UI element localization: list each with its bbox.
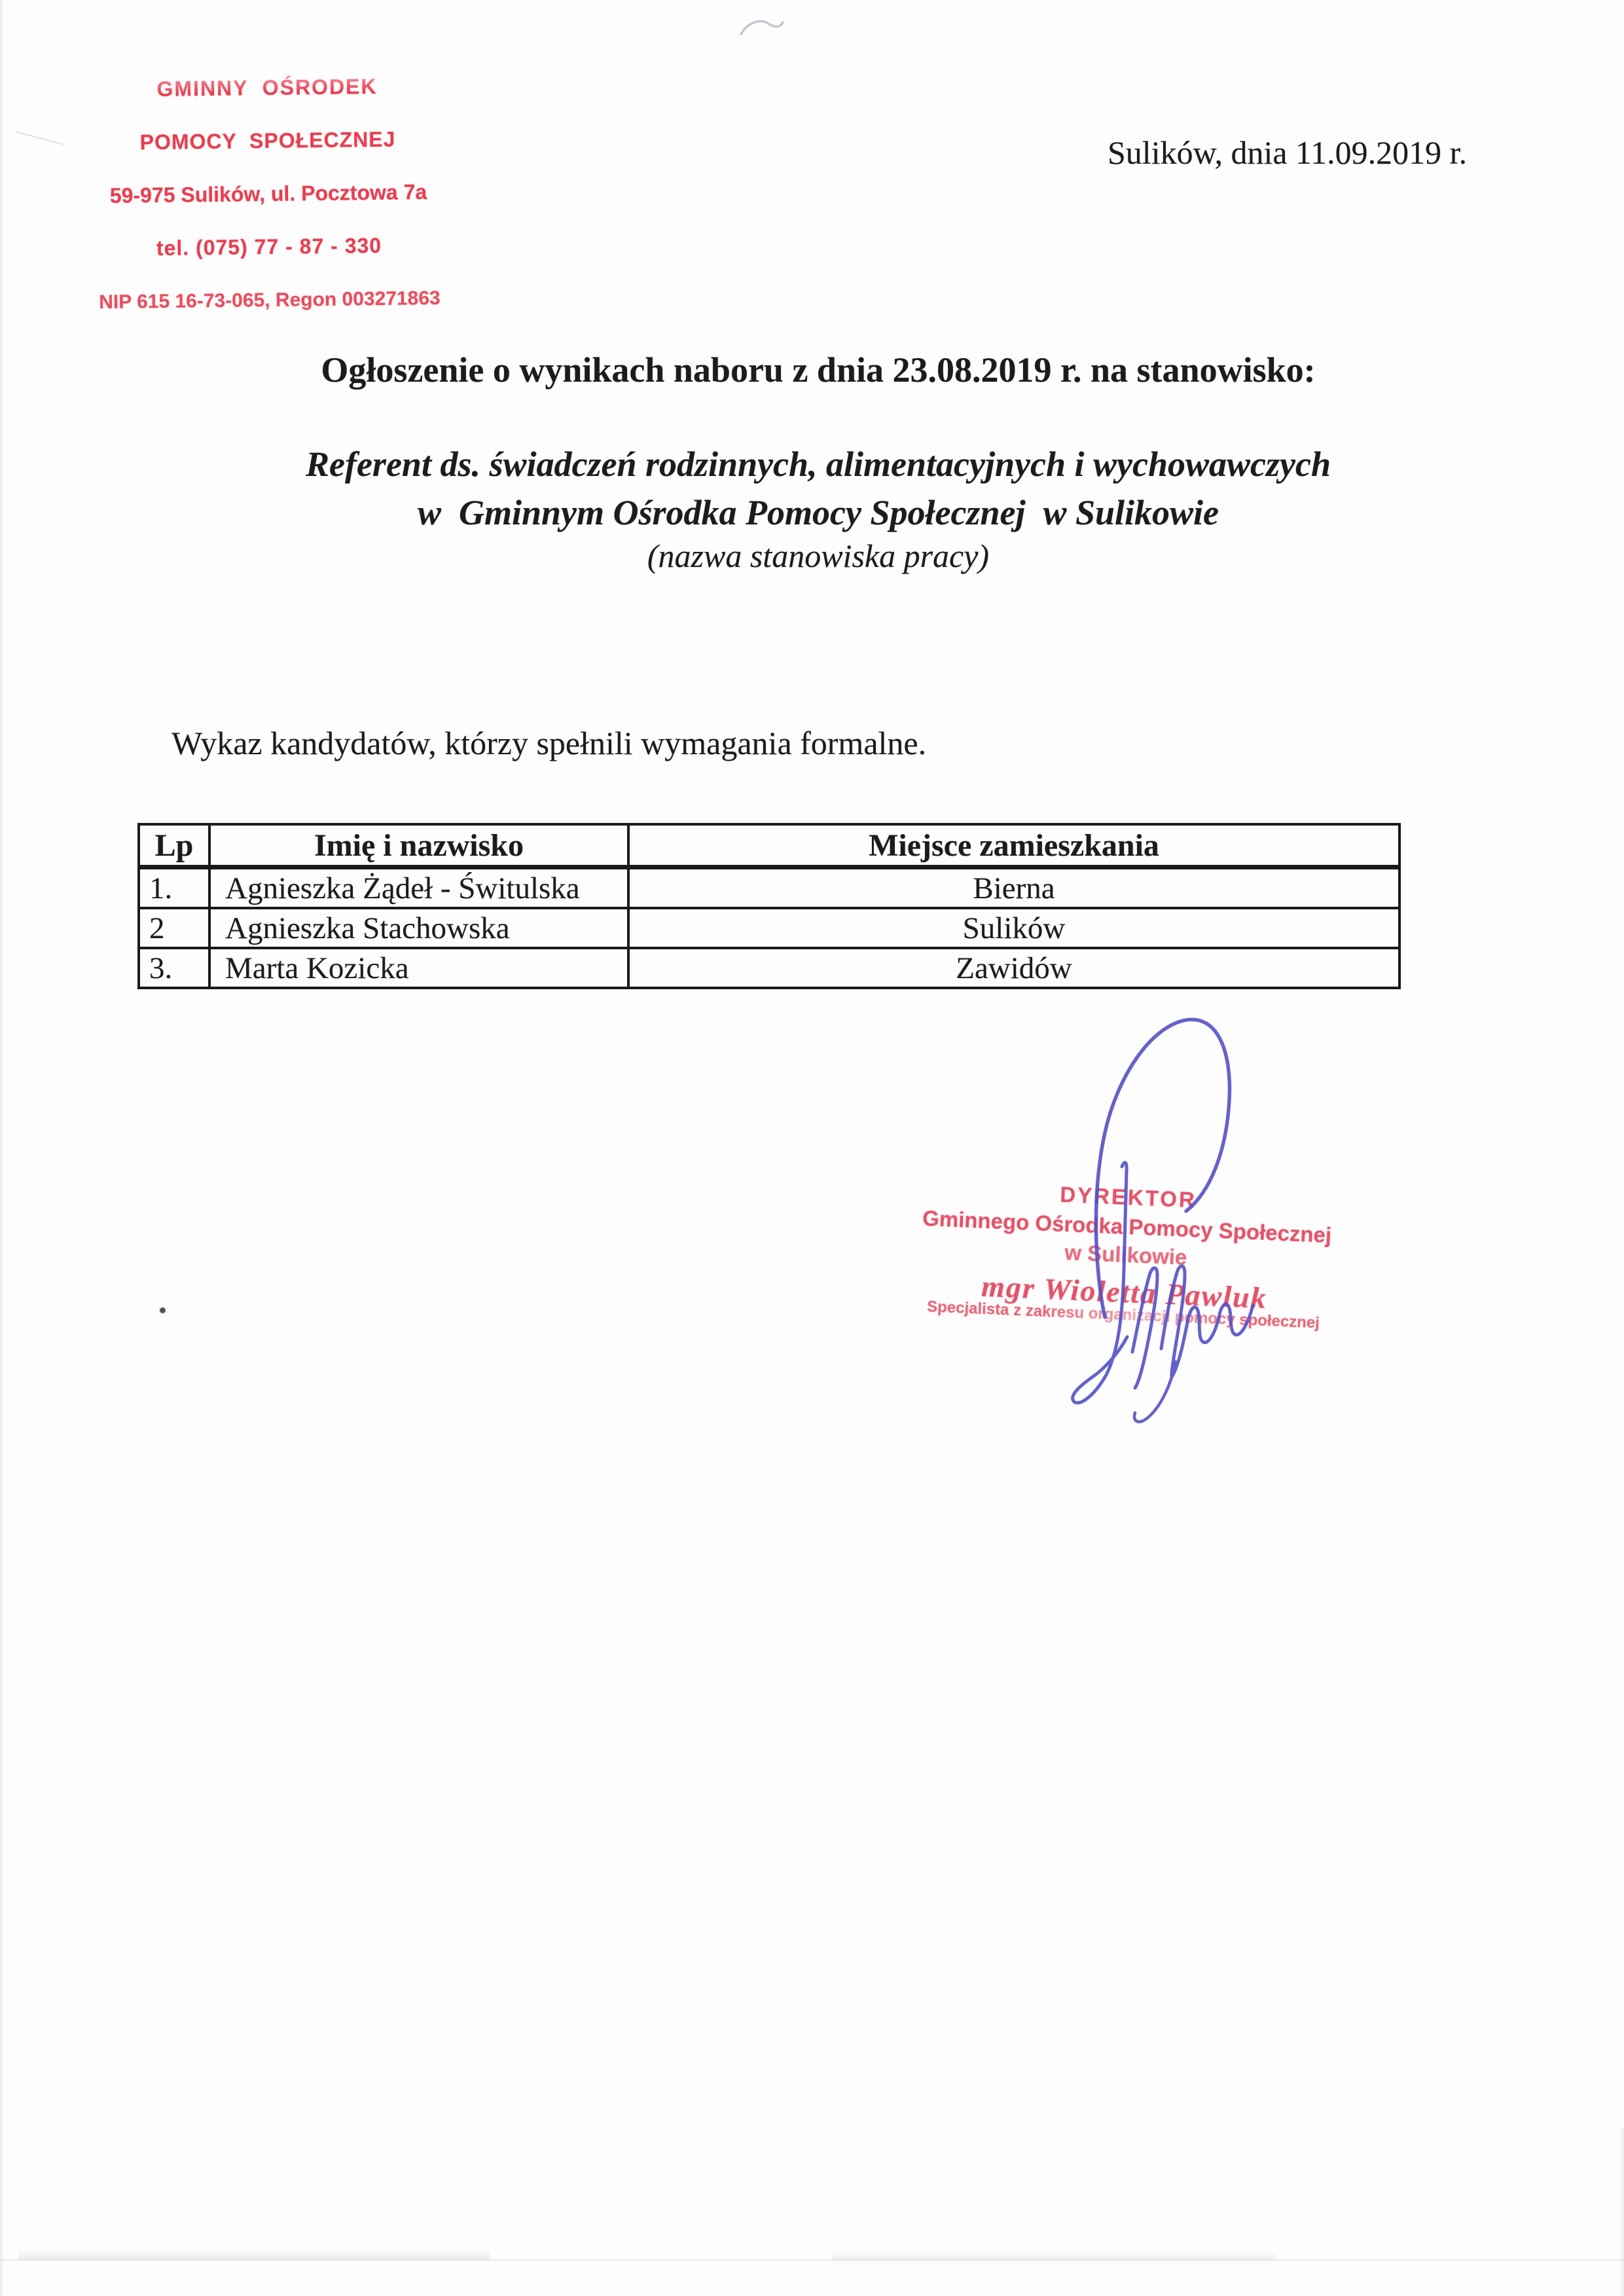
scanner-smudge-artifact — [738, 16, 785, 39]
table-row: 2 Agnieszka Stachowska Sulików — [139, 908, 1399, 948]
candidates-table-header: Lp Imię i nazwisko Miejsce zamieszkania — [139, 824, 1399, 867]
position-subtitle: Referent ds. świadczeń rodzinnych, alime… — [0, 440, 1624, 537]
office-stamp-address-line: 59-975 Sulików, ul. Pocztowa 7a — [77, 177, 460, 211]
table-header-row: Lp Imię i nazwisko Miejsce zamieszkania — [139, 824, 1399, 867]
position-subtitle-line1: Referent ds. świadczeń rodzinnych, alime… — [306, 445, 1331, 484]
cell-candidate-name: Agnieszka Stachowska — [209, 908, 628, 948]
office-stamp-org-line: POMOCY SPOŁECZNEJ — [77, 124, 460, 158]
scan-edge-shadow-left — [0, 0, 4, 2296]
ink-dot-artifact — [160, 1307, 166, 1313]
header-cell-name: Imię i nazwisko — [209, 824, 628, 867]
cell-place: Zawidów — [628, 948, 1399, 988]
cell-candidate-name: Agnieszka Żądeł - Świtulska — [209, 867, 628, 909]
signature-loop-stroke — [1096, 1019, 1229, 1317]
intro-sentence: Wykaz kandydatów, którzy spełnili wymaga… — [171, 724, 926, 762]
position-caption: (nazwa stanowiska pracy) — [0, 537, 1624, 575]
scan-edge-shadow-right — [1619, 2128, 1624, 2296]
table-row: 1. Agnieszka Żądeł - Świtulska Bierna — [139, 867, 1399, 909]
scratch-artifact — [16, 131, 63, 145]
office-stamp-phone-line: tel. (075) 77 - 87 - 330 — [78, 230, 461, 264]
header-cell-place: Miejsce zamieszkania — [628, 824, 1399, 867]
table-row: 3. Marta Kozicka Zawidów — [139, 948, 1399, 988]
place-and-date-line: Sulików, dnia 11.09.2019 r. — [1108, 134, 1467, 172]
office-stamp-org-line: GMINNY OŚRODEK — [76, 71, 459, 105]
scan-edge-noise — [18, 2250, 490, 2260]
scanned-document-page: GMINNY OŚRODEK POMOCY SPOŁECZNEJ 59-975 … — [0, 0, 1624, 2296]
scan-edge-line — [0, 2259, 1624, 2261]
cell-place: Sulików — [628, 908, 1399, 948]
signature-letters-stroke — [1132, 1266, 1253, 1388]
cell-candidate-name: Marta Kozicka — [209, 948, 628, 988]
position-subtitle-line2: w Gminnym Ośrodka Pomocy Społecznej w Su… — [418, 493, 1219, 532]
cell-lp: 3. — [139, 948, 209, 988]
office-stamp-nip-regon-line: NIP 615 16-73-065, Regon 003271863 — [79, 283, 461, 317]
candidates-table: Lp Imię i nazwisko Miejsce zamieszkania … — [137, 823, 1401, 989]
office-address-stamp: GMINNY OŚRODEK POMOCY SPOŁECZNEJ 59-975 … — [75, 47, 461, 340]
cell-lp: 1. — [139, 867, 209, 909]
cell-place: Bierna — [628, 867, 1399, 909]
document-title: Ogłoszenie o wynikach naboru z dnia 23.0… — [0, 350, 1624, 390]
header-cell-lp: Lp — [139, 824, 209, 867]
cell-lp: 2 — [139, 908, 209, 948]
handwritten-signature — [1021, 995, 1283, 1480]
